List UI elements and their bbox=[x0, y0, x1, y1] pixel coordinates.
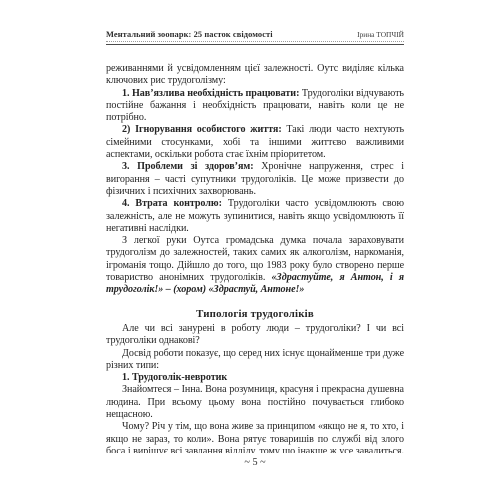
book-page-scan: Ментальний зоопарк: 25 пасток свідомості… bbox=[0, 0, 500, 500]
text-segment: 3. Проблеми зі здоров’ям: bbox=[122, 161, 261, 172]
running-title: Ментальний зоопарк: 25 пасток свідомості bbox=[106, 30, 273, 39]
paragraph: З легкої руки Оутса громадська думка поч… bbox=[106, 235, 404, 296]
paragraph: Чому? Річ у тім, що вона живе за принцип… bbox=[106, 421, 404, 453]
paragraph: 2) Ігнорування особистого життя: Такі лю… bbox=[106, 124, 404, 161]
page-footer: ~ 5 ~ bbox=[106, 457, 404, 468]
text-segment: 4. Втрата контролю: bbox=[122, 198, 228, 209]
page-header: Ментальний зоопарк: 25 пасток свідомості… bbox=[106, 30, 404, 45]
paragraph: 1. Нав’язлива необхідність працювати: Тр… bbox=[106, 88, 404, 125]
paragraph: 4. Втрата контролю: Трудоголіки часто ус… bbox=[106, 198, 404, 235]
text-segment: Знайомтеся – Інна. Вона розумниця, красу… bbox=[106, 384, 404, 420]
header-row: Ментальний зоопарк: 25 пасток свідомості… bbox=[106, 30, 404, 42]
section-heading: Типологія трудоголіків bbox=[106, 308, 404, 320]
paragraph: 1. Трудоголік-невротик bbox=[106, 372, 404, 384]
text-segment: Чому? Річ у тім, що вона живе за принцип… bbox=[106, 421, 404, 453]
page-number: ~ 5 ~ bbox=[244, 457, 265, 468]
text-segment: 2) Ігнорування особистого життя: bbox=[122, 124, 286, 135]
text-segment: реживаннями й усвідомленням цієї залежно… bbox=[106, 63, 404, 86]
text-segment: 1. Нав’язлива необхідність працювати: bbox=[122, 88, 302, 99]
text-segment: Досвід роботи показує, що серед них існу… bbox=[106, 348, 404, 371]
paragraph: Знайомтеся – Інна. Вона розумниця, красу… bbox=[106, 384, 404, 421]
paragraph: реживаннями й усвідомленням цієї залежно… bbox=[106, 63, 404, 88]
paragraph: Досвід роботи показує, що серед них існу… bbox=[106, 348, 404, 373]
author-name: Ірина ТОПЧІЙ bbox=[357, 30, 404, 39]
paragraph: 3. Проблеми зі здоров’ям: Хронічне напру… bbox=[106, 161, 404, 198]
page-body: реживаннями й усвідомленням цієї залежно… bbox=[106, 63, 404, 453]
text-segment: Типологія трудоголіків bbox=[196, 308, 314, 320]
paragraph: Але чи всі занурені в роботу люди – труд… bbox=[106, 323, 404, 348]
text-segment: 1. Трудоголік-невротик bbox=[122, 372, 227, 383]
text-segment: Але чи всі занурені в роботу люди – труд… bbox=[106, 323, 404, 346]
